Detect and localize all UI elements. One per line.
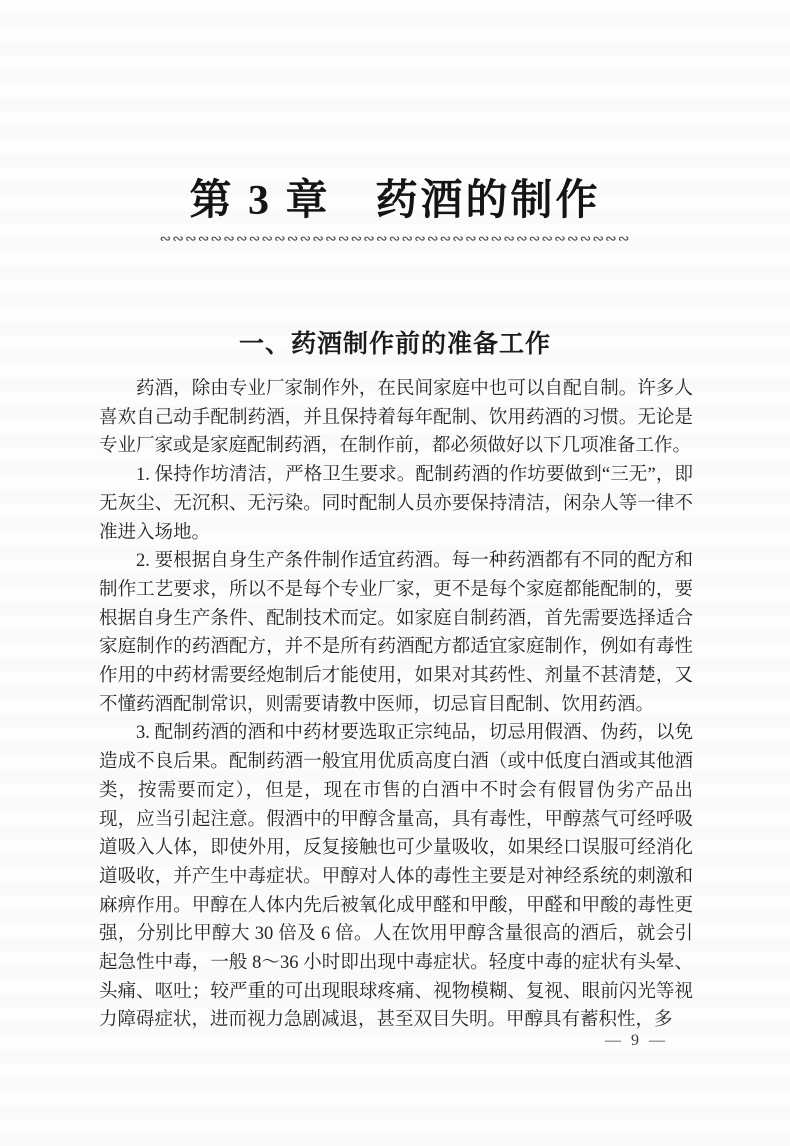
body-paragraph: 2. 要根据自身生产条件制作适宜药酒。每一种药酒都有不同的配方和制作工艺要求，所… xyxy=(99,547,693,719)
section-heading: 一、药酒制作前的准备工作 xyxy=(0,327,790,361)
chapter-title: 第 3 章 药酒的制作 xyxy=(0,176,790,226)
book-page: 第 3 章 药酒的制作 ∾∾∾∾∾∾∾∾∾∾∾∾∾∾∾∾∾∾∾∾∾∾∾∾∾∾∾∾… xyxy=(0,0,790,1146)
ornament-divider: ∾∾∾∾∾∾∾∾∾∾∾∾∾∾∾∾∾∾∾∾∾∾∾∾∾∾∾∾∾∾∾∾∾∾∾∾∾ xyxy=(95,228,695,250)
body-text: 药酒，除由专业厂家制作外，在民间家庭中也可以自配自制。许多人喜欢自己动手配制药酒… xyxy=(99,375,693,1035)
body-paragraph: 3. 配制药酒的酒和中药材要选取正宗纯品，切忌用假酒、伪药，以免造成不良后果。配… xyxy=(99,719,693,1035)
page-number: — 9 — xyxy=(605,1030,668,1052)
body-paragraph: 药酒，除由专业厂家制作外，在民间家庭中也可以自配自制。许多人喜欢自己动手配制药酒… xyxy=(99,375,693,461)
body-paragraph: 1. 保持作坊清洁，严格卫生要求。配制药酒的作坊要做到“三无”，即无灰尘、无沉积… xyxy=(99,461,693,547)
